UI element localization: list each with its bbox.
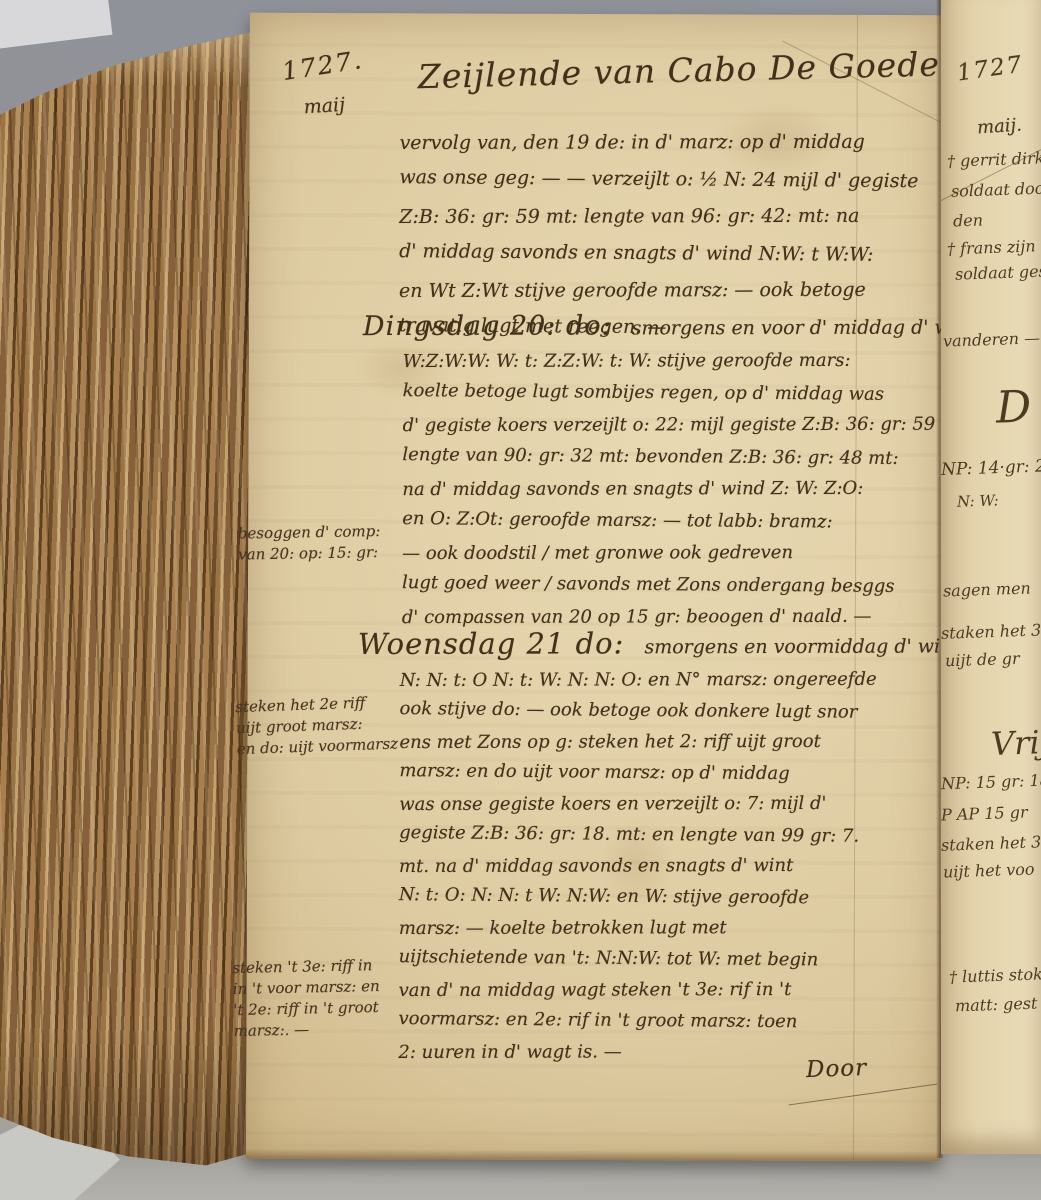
text-line: smorgens en voormiddag d' wint — [644, 635, 960, 658]
text-line: d' gegiste koers verzeijlt o: 22: mijl g… — [403, 409, 977, 443]
manuscript-photo: 1727. maij Zeijlende van Cabo De Goede H… — [0, 0, 1041, 1200]
text-line: gegiste Z:B: 36: gr: 18. mt: en lengte v… — [399, 817, 959, 852]
text-line: marsz:. — — [233, 1017, 428, 1042]
text-fragment: staken het 3: — [941, 620, 1041, 643]
text-line: mt. na d' middag savonds en snagts d' wi… — [399, 850, 959, 882]
text-fragment: matt: gest — [955, 994, 1038, 1016]
text-line: smorgens en voor d' middag d' wint — [632, 316, 977, 339]
death-record-fragment: † frans zijn — [947, 236, 1036, 258]
journal-entry-tuesday: Dingsdag 20: do: smorgens en voor d' mid… — [362, 309, 977, 634]
text-line: van 20: op: 15: gr: — [238, 541, 413, 565]
text-line: — ook doodstil / met gronwe ook gedreven — [402, 537, 976, 571]
death-record-fragment: † gerrit dirk — [947, 148, 1041, 170]
text-fragment: vanderen — — [943, 328, 1041, 350]
facing-month-label: maij. — [976, 114, 1022, 138]
position-fragment: NP: 14·gr: 24 — [941, 456, 1041, 480]
text-line: N: t: O: N: N: t W: N:W: en W: stijve ge… — [399, 879, 959, 914]
text-line: besoggen d' comp: — [238, 520, 413, 544]
margin-note-compass: besoggen d' comp: van 20: op: 15: gr: — [238, 520, 414, 565]
text-line: koelte betoge lugt sombijes regen, op d'… — [403, 375, 977, 412]
month-label: maij — [303, 94, 346, 119]
text-line: en Wt Z:Wt stijve geroofde marsz: — ook … — [399, 272, 959, 310]
text-line: marsz: en do uijt voor marsz: op d' midd… — [399, 755, 959, 790]
day-heading: Woensdag 21 do: — [358, 626, 625, 661]
text-line: 2: uuren in d' wagt is. — — [398, 1036, 958, 1068]
facing-page-sliver: 1727 maij. † gerrit dirk soldaat dood de… — [941, 0, 1041, 1154]
text-line: na d' middag savonds en snagts d' wind Z… — [402, 473, 976, 507]
page-title: Zeijlende van Cabo De Goede Hoop — [417, 44, 978, 97]
text-line: uijtschietende van 't: N:N:W: tot W: met… — [399, 941, 959, 976]
entry-body: W:Z:W:W: W: t: Z:Z:W: t: W: stijve geroo… — [362, 344, 977, 634]
text-line: W:Z:W:W: W: t: Z:Z:W: t: W: stijve geroo… — [403, 345, 977, 379]
year-label: 1727. — [280, 45, 365, 86]
text-line: was onse gegiste koers en verzeijlt o: 7… — [399, 788, 959, 820]
position-fragment: NP: 15 gr: 18: n — [941, 770, 1041, 794]
text-fragment: staken het 3 — [941, 832, 1041, 854]
margin-note-reef-in: steken 't 3e: riff in in 't voor marsz: … — [232, 954, 429, 1042]
text-fragment: den — [953, 210, 984, 230]
text-line: vervolg van, den 19 de: in d' marz: op d… — [400, 124, 960, 162]
text-fragment: soldaat dood — [951, 178, 1041, 201]
margin-note-reef-out: steken het 2e riff uijt groot marsz: en … — [235, 691, 417, 760]
death-record-fragment: † luttis stok — [949, 964, 1041, 986]
day-heading-initial: D — [995, 381, 1032, 433]
text-line: d' middag savonds en snagts d' wind N:W:… — [399, 233, 959, 274]
position-fragment: P AP 15 gr — [941, 802, 1028, 824]
background-light-patch — [0, 0, 112, 49]
text-fragment: uijt de gr — [945, 649, 1020, 671]
text-line: N: N: t: O N: t: W: N: N: O: en N° marsz… — [400, 664, 960, 696]
facing-year-label: 1727 — [956, 51, 1026, 86]
text-fragment: soldaat gest — [955, 261, 1041, 283]
entry-body: N: N: t: O N: t: W: N: N: O: en N° marsz… — [356, 663, 960, 1068]
text-fragment: uijt het voo — [943, 859, 1035, 881]
journal-entry-wednesday: Woensdag 21 do: smorgens en voormiddag d… — [356, 625, 960, 1068]
text-line: voormarsz: en 2e: rif in 't groot marsz:… — [398, 1003, 958, 1038]
day-heading-fragment: Vrij — [990, 723, 1041, 763]
text-fragment: N: W: — [957, 491, 999, 510]
text-fragment: sagen men — [943, 578, 1031, 600]
book-page-edges — [0, 18, 264, 1170]
text-line: van d' na middag wagt steken 't 3e: rif … — [399, 974, 959, 1006]
text-line: lugt goed weer / savonds met Zons onderg… — [402, 567, 976, 604]
text-line: ook stijve do: — ook betoge ook donkere … — [399, 693, 959, 728]
text-line: ens met Zons op g: steken het 2: riff ui… — [399, 726, 959, 758]
text-line: marsz: — koelte betrokken lugt met — [399, 912, 959, 944]
text-line: en O: Z:Ot: geroofde marsz: — tot labb: … — [402, 503, 976, 540]
catchword: Door — [806, 1055, 868, 1083]
text-line: lengte van 90: gr: 32 mt: bevonden Z:B: … — [402, 439, 976, 476]
text-line: was onse geg: — — verzeijlt o: ½ N: 24 m… — [399, 159, 959, 200]
text-line: Z:B: 36: gr: 59 mt: lengte van 96: gr: 4… — [399, 198, 959, 236]
day-heading: Dingsdag 20: do: — [363, 310, 612, 342]
entry-first-line: Woensdag 21 do: smorgens en voormiddag d… — [358, 625, 960, 661]
entry-first-line: Dingsdag 20: do: smorgens en voor d' mid… — [363, 309, 977, 342]
